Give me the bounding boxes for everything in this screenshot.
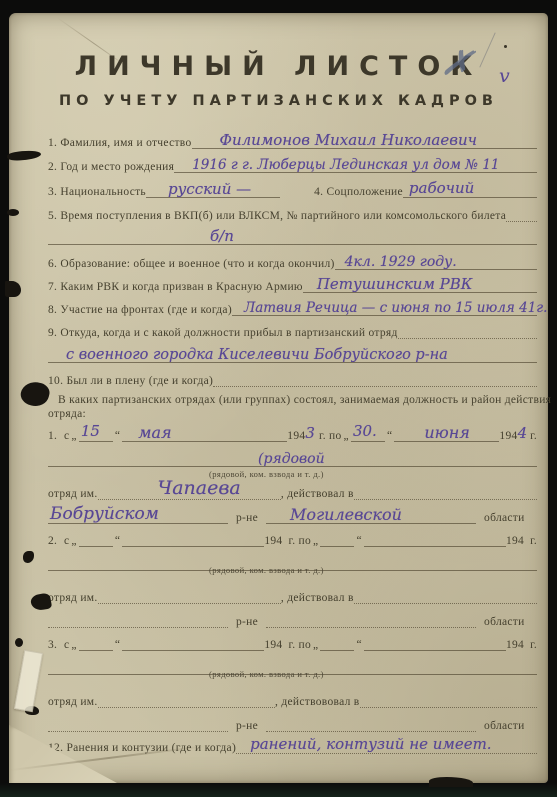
service-1-to-month-line: июня	[394, 423, 499, 442]
field-8-line: Латвия Речица — с июня по 15 июля 41г.	[232, 297, 537, 316]
service-2-year-prefix-a: 194	[264, 535, 282, 547]
service-1-from-day-line: 15	[79, 423, 113, 442]
field-3-label: 3. Национальность	[48, 186, 146, 198]
service-1-number: 1.	[48, 430, 64, 442]
service-1-to-day-line: 30.	[351, 423, 385, 442]
service-1-oq: „	[69, 430, 78, 442]
service-1-to-year: 4	[518, 424, 528, 442]
ink-speck	[15, 638, 23, 647]
field-5-line-b: б/п	[48, 226, 537, 245]
service-3-cq: “	[113, 639, 122, 651]
check-mark-icon: v	[499, 65, 510, 87]
ink-smudge	[7, 209, 19, 216]
scan-bottom-tint	[0, 783, 557, 797]
field-5-value: б/п	[210, 227, 234, 245]
service-3-gpo: г. по	[288, 639, 311, 651]
service-2-acted-line	[354, 585, 537, 604]
service-1-rne-value: Бобруйском	[50, 504, 159, 524]
service-1-position: (рядовой	[258, 451, 325, 467]
service-3-from-month-line	[122, 632, 264, 651]
field-8-label: 8. Участие на фронтах (где и когда)	[48, 304, 232, 316]
field-1-line: Филимонов Михаил Николаевич	[192, 130, 537, 149]
ink-speck	[23, 551, 34, 563]
service-2-otryad-line	[98, 585, 281, 604]
service-3-to-month-line	[364, 632, 506, 651]
service-1-oq2: „	[342, 430, 351, 442]
ink-smudge	[7, 149, 42, 162]
service-1-to-day: 30.	[353, 422, 377, 440]
field-6-line: 4кл. 1929 году.	[335, 251, 537, 270]
service-2-gpo: г. по	[288, 535, 311, 547]
service-1-acted-line	[354, 481, 537, 500]
field-7-value: Петушинским РВК	[317, 275, 473, 293]
field-7-label: 7. Каким РВК и когда призван в Красную А…	[48, 281, 303, 293]
ink-dot	[504, 45, 507, 48]
field-2-value: 1916 г г. Люберцы Лединская ул дом № 11	[192, 157, 499, 173]
field-9-value: с военного городка Киселевичи Бобруйског…	[66, 347, 448, 363]
service-3-caption: (рядовой, ком. взвода и т. д.)	[209, 669, 324, 679]
field-10-line	[213, 368, 537, 387]
service-3-acted-line	[360, 689, 537, 708]
page-subtitle: ПО УЧЕТУ ПАРТИЗАНСКИХ КАДРОВ	[9, 93, 548, 109]
service-2-number: 2.	[48, 535, 64, 547]
service-2-to-month-line	[364, 528, 506, 547]
field-12-value: ранений, контузий не имеет.	[250, 735, 491, 753]
service-2-g: г.	[530, 535, 537, 547]
field-2-label: 2. Год и место рождения	[48, 161, 174, 173]
service-1-oblast-value: Могилевской	[290, 505, 402, 524]
document-page: ЛИЧНЫЙ ЛИСТОК ПО УЧЕТУ ПАРТИЗАНСКИХ КАДР…	[9, 13, 548, 783]
field-12-line: ранений, контузий не имеет.	[236, 735, 537, 754]
service-1-from-year: 3	[305, 424, 315, 442]
field-1-label: 1. Фамилия, имя и отчество	[48, 137, 192, 149]
service-3-oblast-line	[266, 713, 476, 732]
service-2-oq: „	[69, 535, 78, 547]
service-1-position-line: (рядовой	[48, 448, 537, 467]
service-1-from-month: мая	[138, 423, 171, 442]
service-2-caption: (рядовой, ком. взвода и т. д.)	[209, 565, 324, 575]
field-8-value: Латвия Речица — с июня по 15 июля 41г.	[244, 300, 547, 316]
service-3-cq2: “	[354, 639, 363, 651]
service-1-oblast-line: Могилевской	[266, 505, 476, 524]
service-2-from-month-line	[122, 528, 264, 547]
service-1-otryad-line: Чапаева	[98, 481, 281, 500]
cross-mark-icon: ✗	[438, 39, 476, 87]
ink-blot-over-item-11	[19, 379, 52, 409]
service-2-otryad-label: отряд им.	[48, 592, 98, 604]
service-3-from-day-line	[79, 632, 113, 651]
service-2-rne-label: р-не	[236, 616, 258, 628]
field-11-label-line2: отряда:	[48, 408, 86, 420]
service-2-to-day-line	[320, 528, 354, 547]
service-3-oblast-label: области	[484, 720, 525, 732]
service-3-rne-line	[48, 713, 228, 732]
service-3-otryad-line	[98, 689, 275, 708]
service-1-otryad-value: Чапаева	[158, 477, 241, 499]
service-3-number: 3.	[48, 639, 64, 651]
service-1-g: г.	[530, 430, 537, 442]
service-2-oblast-line	[266, 609, 476, 628]
service-3-acted-label: , действововал в	[275, 696, 360, 708]
field-9-line-b: с военного городка Киселевичи Бобруйског…	[48, 344, 537, 363]
service-1-otryad-label: отряд им.	[48, 488, 98, 500]
service-1-cq2: “	[385, 430, 394, 442]
folded-corner	[9, 725, 117, 783]
service-2-cq: “	[113, 535, 122, 547]
service-3-g: г.	[530, 639, 537, 651]
service-2-rne-line	[48, 609, 228, 628]
field-5-line-a	[506, 203, 537, 222]
field-5-label: 5. Время поступления в ВКП(б) или ВЛКСМ,…	[48, 210, 506, 222]
field-2-line: 1916 г г. Люберцы Лединская ул дом № 11	[174, 154, 537, 173]
service-1-year-prefix-b: 194	[499, 430, 517, 442]
service-2-oq2: „	[311, 535, 320, 547]
service-1-rne-line: Бобруйском	[48, 505, 228, 524]
field-4-value: рабочий	[409, 179, 474, 197]
field-1-value: Филимонов Михаил Николаевич	[220, 131, 477, 149]
service-1-year-prefix-a: 194	[287, 430, 305, 442]
field-7-line: Петушинским РВК	[303, 274, 537, 293]
scan-edge-notch	[429, 777, 473, 787]
field-6-value: 4кл. 1929 году.	[345, 254, 457, 270]
service-1-rne-label: р-не	[236, 512, 258, 524]
service-1-spacer	[227, 423, 287, 442]
service-1-gpo: г. по	[319, 430, 342, 442]
service-2-from-day-line	[79, 528, 113, 547]
service-3-year-prefix-b: 194	[506, 639, 524, 651]
service-3-oq2: „	[311, 639, 320, 651]
service-3-rne-label: р-не	[236, 720, 258, 732]
service-3-otryad-label: отряд им.	[48, 696, 98, 708]
field-4-label: 4. Соцположение	[314, 186, 403, 198]
field-4-line: рабочий	[403, 179, 537, 198]
tape-patch	[14, 650, 43, 712]
service-1-oblast-label: области	[484, 512, 525, 524]
field-3-line: русский —	[146, 179, 280, 198]
service-1-to-month: июня	[424, 423, 470, 442]
field-3-value: русский —	[168, 180, 251, 198]
service-2-acted-label: , действовал в	[281, 592, 354, 604]
service-2-oblast-label: области	[484, 616, 525, 628]
field-6-label: 6. Образование: общее и военное (что и к…	[48, 258, 335, 270]
service-1-cq: “	[113, 430, 122, 442]
service-1-from-month-line: мая	[122, 423, 227, 442]
service-3-oq: „	[69, 639, 78, 651]
service-2-year-prefix-b: 194	[506, 535, 524, 547]
field-10-label: 10. Был ли в плену (где и когда)	[48, 375, 213, 387]
service-3-to-day-line	[320, 632, 354, 651]
service-2-cq2: “	[354, 535, 363, 547]
service-1-acted-label: , действовал в	[281, 488, 354, 500]
service-3-year-prefix-a: 194	[264, 639, 282, 651]
ink-blot	[5, 281, 21, 297]
field-9-label: 9. Откуда, когда и с какой должности при…	[48, 327, 398, 339]
field-9-line-a	[398, 320, 537, 339]
service-1-from-day: 15	[81, 422, 100, 440]
